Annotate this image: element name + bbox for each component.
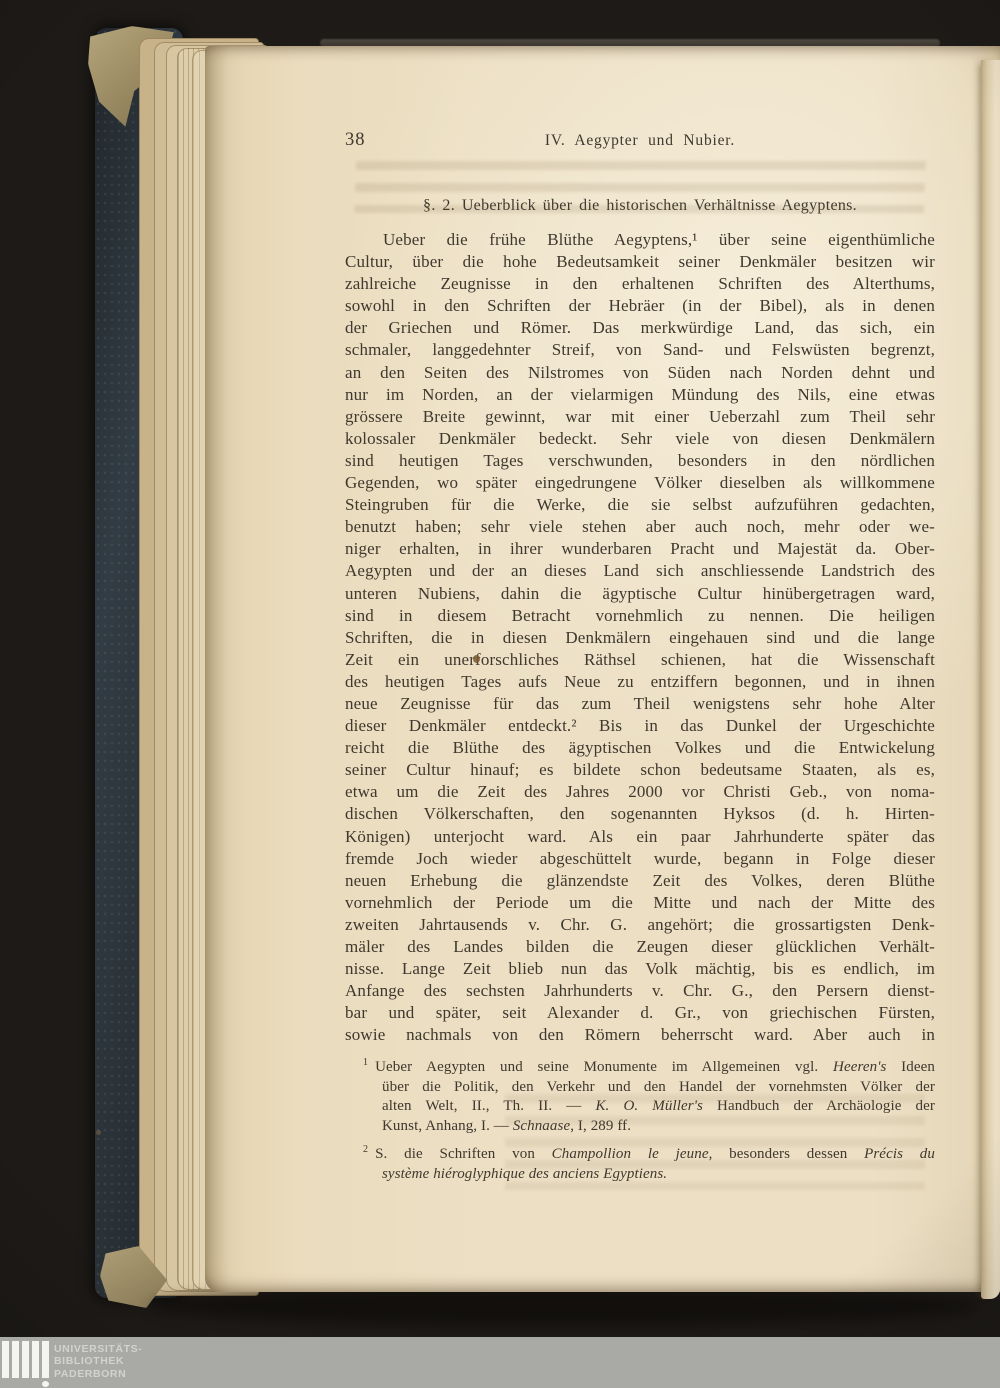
body-line: benutzt haben; sehr viele stehen aber au… xyxy=(345,516,935,538)
body-line: seiner Cultur hinauf; es bildete schon b… xyxy=(345,759,935,781)
footnote-line: über die Politik, den Verkehr und den Ha… xyxy=(382,1078,935,1097)
body-line: reicht die Blüthe des ägyptischen Volkes… xyxy=(345,737,935,759)
body-line: nisse. Lange Zeit blieb nun das Volk mäc… xyxy=(345,958,935,980)
body-line: Schriften, die in diesen Denkmälern eing… xyxy=(345,627,935,649)
body-line: Königen) unterjocht ward. Als ein paar J… xyxy=(345,826,935,848)
body-line: kolossaler Denkmäler bedeckt. Sehr viele… xyxy=(345,428,935,450)
body-line: grössere Breite gewinnt, war mit einer U… xyxy=(345,406,935,428)
book-page: 38 IV. Aegypter und Nubier. §. 2. Ueberb… xyxy=(205,46,1000,1292)
body-line: schmaler, langgedehnter Streif, von Sand… xyxy=(345,339,935,361)
body-line: sind heutigen Tages verschwunden, besond… xyxy=(345,450,935,472)
body-line: neue Zeugnisse für das zum Theil wenigst… xyxy=(345,693,935,715)
library-name-line: PADERBORN xyxy=(54,1368,142,1380)
running-head-row: 38 IV. Aegypter und Nubier. xyxy=(205,130,1000,153)
paper-stain xyxy=(96,1130,101,1135)
footnote-line: 2S. die Schriften von Champollion le jeu… xyxy=(382,1140,935,1164)
library-watermark-bar: UNIVERSITÄTS- BIBLIOTHEK PADERBORN xyxy=(0,1337,1000,1388)
body-line: Anfange des sechsten Jahrhunderts v. Chr… xyxy=(345,980,935,1002)
body-line: an den Seiten des Nilstromes von Süden n… xyxy=(345,362,935,384)
body-line: sowie nachmals von den Römern beherrscht… xyxy=(345,1024,935,1046)
footnote-2: 2S. die Schriften von Champollion le jeu… xyxy=(382,1140,935,1184)
body-line: dischen Völkerschaften, den sogenannten … xyxy=(345,803,935,825)
footnotes: 1Ueber Aegypten und seine Monumente im A… xyxy=(205,1053,1000,1183)
running-header: IV. Aegypter und Nubier. xyxy=(345,132,935,150)
footnote-line: alten Welt, II., Th. II. — K. O. Müller'… xyxy=(382,1097,935,1116)
body-line: Aegypten und der an dieses Land sich ans… xyxy=(345,560,935,582)
body-line: sind in diesem Betracht vornehmlich zu n… xyxy=(345,605,935,627)
body-line: Cultur, über die hohe Bedeutsamkeit sein… xyxy=(345,251,935,273)
body-line: des heutigen Tages aufs Neue zu entziffe… xyxy=(345,671,935,693)
body-line: Gegenden, wo später eingedrungene Völker… xyxy=(345,472,935,494)
gutter-crease xyxy=(981,60,1000,1299)
body-line: sowohl in den Schriften der Hebräer (in … xyxy=(345,295,935,317)
body-line: vornehmlich der Periode um die Mitte und… xyxy=(345,892,935,914)
body-line: neuen Erhebung die glänzendste Zeit des … xyxy=(345,870,935,892)
footnote-line: système hiéroglyphique des anciens Egypt… xyxy=(382,1165,935,1184)
footnote-marker: 1 xyxy=(363,1057,368,1068)
body-line: nur im Norden, an der vielarmigen Mündun… xyxy=(345,384,935,406)
body-line: unteren Nubiens, dahin die ägyptische Cu… xyxy=(345,583,935,605)
body-line: bar und später, seit Alexander d. Gr., v… xyxy=(345,1002,935,1024)
body-line: zahlreiche Zeugnisse in den erhaltenen S… xyxy=(345,273,935,295)
section-heading: §. 2. Ueberblick über die historischen V… xyxy=(345,197,935,215)
body-line: zweiten Jahrtausends v. Chr. G. angehört… xyxy=(345,914,935,936)
page-shadow xyxy=(150,1286,980,1326)
body-line: fremde Joch wieder abgeschüttelt wurde, … xyxy=(345,848,935,870)
paper-stain xyxy=(473,655,480,663)
footnote-line: Kunst, Anhang, I. — Schnaase, I, 289 ff. xyxy=(382,1117,935,1136)
footnote-line: 1Ueber Aegypten und seine Monumente im A… xyxy=(382,1053,935,1077)
library-name-line: UNIVERSITÄTS- xyxy=(54,1343,142,1355)
library-name-line: BIBLIOTHEK xyxy=(54,1355,142,1367)
body-line: dieser Denkmäler entdeckt.² Bis in das D… xyxy=(345,715,935,737)
body-line: Ueber die frühe Blüthe Aegyptens,¹ über … xyxy=(345,229,935,251)
footnote-1: 1Ueber Aegypten und seine Monumente im A… xyxy=(382,1053,935,1136)
body-text: Ueber die frühe Blüthe Aegyptens,¹ über … xyxy=(345,229,935,1046)
footnote-marker: 2 xyxy=(363,1144,368,1155)
body-line: der Griechen und Römer. Das merkwürdige … xyxy=(345,317,935,339)
body-line: niger erhalten, in ihrer wunderbaren Pra… xyxy=(345,538,935,560)
body-line: etwa um die Zeit des Jahres 2000 vor Chr… xyxy=(345,781,935,803)
library-name: UNIVERSITÄTS- BIBLIOTHEK PADERBORN xyxy=(54,1343,142,1380)
body-line: Steingruben für die Werke, die sie selbs… xyxy=(345,494,935,516)
body-line: Zeit ein unerforschliches Räthsel schien… xyxy=(345,649,935,671)
body-line: mäler des Landes bilden die Zeugen diese… xyxy=(345,936,935,958)
